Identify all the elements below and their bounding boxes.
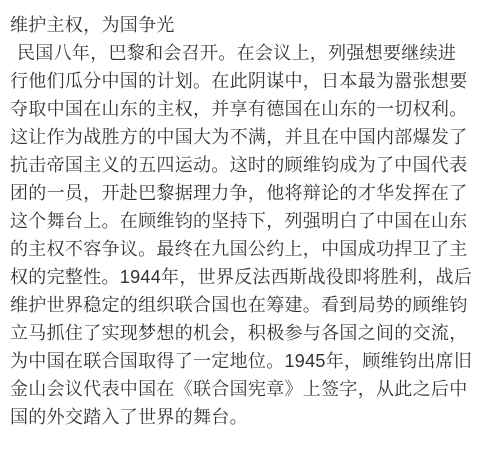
article-title: 维护主权，为国争光 <box>10 11 473 39</box>
article-body: 维护主权，为国争光 民国八年，巴黎和会召开。在会议上，列强想要继续进行他们瓜分中… <box>0 0 486 452</box>
article-paragraph: 民国八年，巴黎和会召开。在会议上，列强想要继续进行他们瓜分中国的计划。在此阴谋中… <box>10 39 473 431</box>
